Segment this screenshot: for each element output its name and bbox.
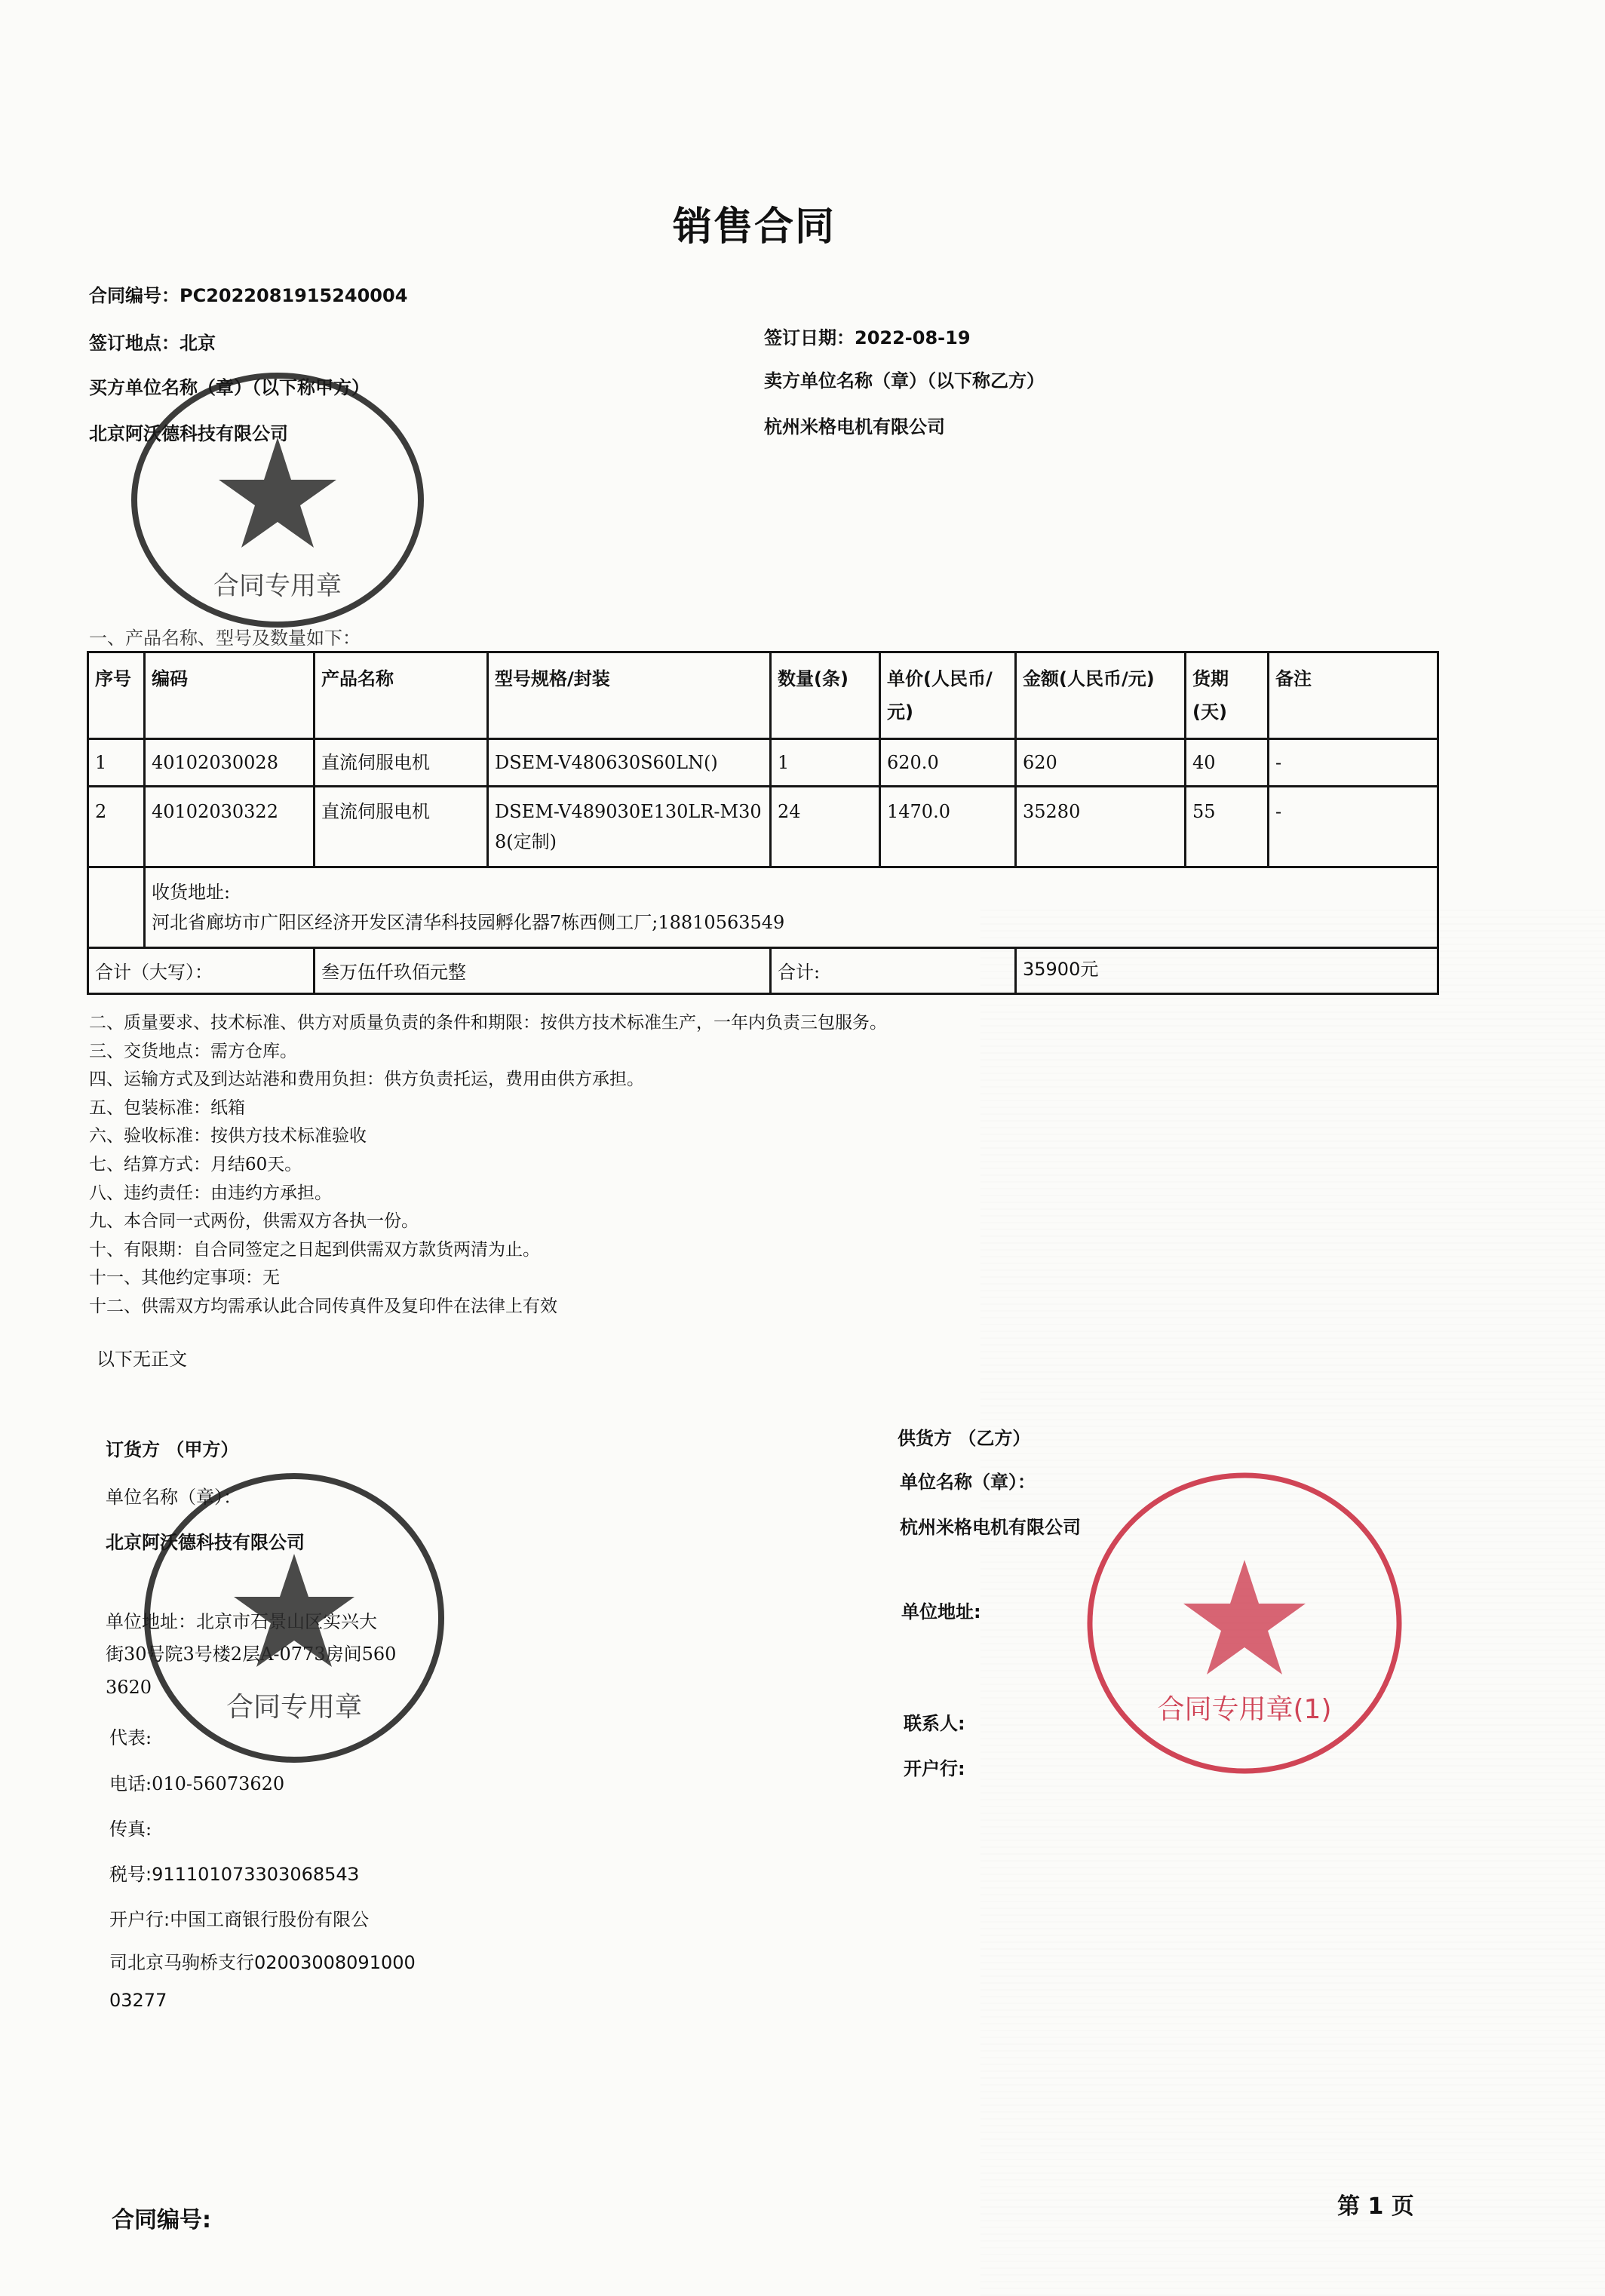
clause-8: 八、违约责任：由违约方承担。 [89,1180,887,1208]
buyer-name: 北京阿沃德科技有限公司 [89,419,288,445]
col-header-amount: 金额(人民币/元) [1016,652,1186,739]
cell-code: 40102030028 [145,739,315,787]
seller-seal-stamp: 合同专用章(1) [1082,1469,1407,1777]
cell-remark: - [1269,739,1438,787]
cell-unit-price: 1470.0 [880,787,1016,867]
buyer-bank-line2: 司北京马驹桥支行02003008091000 [109,1948,416,1974]
cell-no: 1 [88,739,145,787]
col-header-name: 产品名称 [315,652,488,739]
buyer-unit-name-label: 单位名称（章）： [106,1482,241,1509]
address-row: 收货地址: 河北省廊坊市广阳区经济开发区清华科技园孵化器7栋西侧工厂;18810… [88,867,1438,948]
buyer-phone-label: 电话: [109,1773,152,1794]
seller-unit-name-label: 单位名称（章）： [900,1467,1036,1493]
col-header-no: 序号 [88,652,145,739]
buyer-address-line1: 北京市石景山区实兴大 [196,1611,377,1632]
table-row: 2 40102030322 直流伺服电机 DSEM-V489030E130LR-… [88,787,1438,867]
address-cell: 收货地址: 河北省廊坊市广阳区经济开发区清华科技园孵化器7栋西侧工厂;18810… [145,867,1438,948]
contract-number-label: 合同编号： [89,285,180,306]
contract-number-value: PC2022081915240004 [180,285,407,306]
seller-bank-label: 开户行: [904,1754,965,1780]
section-1-heading: 一、产品名称、型号及数量如下： [89,623,361,649]
col-header-qty: 数量(条) [771,652,880,739]
buyer-bank: 开户行:中国工商银行股份有限公 [109,1905,369,1931]
col-header-unit-price: 单价(人民币/元) [880,652,1016,739]
svg-text:合同专用章: 合同专用章 [213,571,342,601]
cell-no: 2 [88,787,145,867]
address-label: 收货地址: [152,877,1431,907]
buyer-rep-label: 代表: [109,1723,152,1749]
contract-number: 合同编号：PC2022081915240004 [89,281,407,307]
total-value: 35900元 [1016,948,1438,994]
address-blank-cell [88,867,145,948]
buyer-tax-value: 91110107330306854З [152,1864,359,1885]
col-header-lead-days: 货期(天) [1186,652,1269,739]
buyer-block-heading: 订货方 （甲方） [106,1435,238,1461]
svg-text:合同专用章: 合同专用章 [226,1692,362,1723]
cell-name: 直流伺服电机 [315,739,488,787]
buyer-address: 单位地址：北京市石景山区实兴大 [106,1607,377,1633]
address-value: 河北省廊坊市广阳区经济开发区清华科技园孵化器7栋西侧工厂;18810563549 [152,907,1431,938]
clause-10: 十、有限期：自合同签定之日起到供需双方款货两清为止。 [89,1236,887,1265]
buyer-bank-line1: 中国工商银行股份有限公 [170,1909,369,1930]
col-header-code: 编码 [145,652,315,739]
sign-date: 签订日期：2022-08-19 [764,323,971,349]
total-label: 合计: [771,948,1016,994]
cell-lead-days: 55 [1186,787,1269,867]
clause-3: 三、交货地点：需方仓库。 [89,1038,887,1067]
scan-texture [980,905,1605,2296]
cell-model: DSEM-V489030E130LR-M308(定制) [488,787,771,867]
seller-contact-label: 联系人: [904,1708,965,1735]
total-row: 合计（大写）： 叁万伍仟玖佰元整 合计: 35900元 [88,948,1438,994]
seller-address-label: 单位地址: [901,1597,981,1623]
cell-unit-price: 620.0 [880,739,1016,787]
total-upper-value: 叁万伍仟玖佰元整 [315,948,771,994]
cell-remark: - [1269,787,1438,867]
seller-block-heading: 供货方 （乙方） [898,1423,1030,1450]
svg-text:合同专用章(1): 合同专用章(1) [1158,1694,1332,1725]
cell-code: 40102030322 [145,787,315,867]
buyer-seal-icon: 合同专用章 [127,368,428,632]
sign-place-label: 签订地点： [89,333,180,354]
buyer-label: 买方单位名称（章）（以下称甲方） [89,373,370,399]
clause-4: 四、运输方式及到达站港和费用负担：供方负责托运，费用由供方承担。 [89,1066,887,1094]
sign-date-value: 2022-08-19 [855,327,971,348]
buyer-bank-line3: 03277 [109,1990,167,2011]
clause-5: 五、包装标准：纸箱 [89,1094,887,1123]
cell-qty: 24 [771,787,880,867]
clause-11: 十一、其他约定事项：无 [89,1264,887,1293]
cell-lead-days: 40 [1186,739,1269,787]
cell-amount: 35280 [1016,787,1186,867]
cell-amount: 620 [1016,739,1186,787]
end-note: 以下无正文 [97,1344,187,1371]
contract-clauses: 二、质量要求、技术标准、供方对质量负责的条件和期限：按供方技术标准生产，一年内负… [89,1009,887,1321]
clause-2: 二、质量要求、技术标准、供方对质量负责的条件和期限：按供方技术标准生产，一年内负… [89,1009,887,1038]
table-row: 1 40102030028 直流伺服电机 DSEM-V480630S60LN()… [88,739,1438,787]
clause-9: 九、本合同一式两份，供需双方各执一份。 [89,1208,887,1236]
cell-name: 直流伺服电机 [315,787,488,867]
page-number: 第 1 页 [1337,2187,1414,2221]
seller-seal-icon: 合同专用章(1) [1082,1469,1407,1777]
sign-place: 签订地点：北京 [89,328,216,355]
buyer-seal-stamp-top: 合同专用章 [127,368,428,632]
buyer-tax: 税号:91110107330306854З [109,1859,359,1886]
clause-12: 十二、供需双方均需承认此合同传真件及复印件在法律上有效 [89,1293,887,1321]
footer-contract-number-label: 合同编号: [112,2201,211,2234]
seller-label: 卖方单位名称（章）（以下称乙方） [764,366,1045,392]
clause-6: 六、验收标准：按供方技术标准验收 [89,1122,887,1151]
clause-7: 七、结算方式：月结60天。 [89,1151,887,1180]
buyer-phone-value: 010-56073620 [152,1773,284,1794]
buyer-tax-label: 税号: [109,1864,152,1885]
cell-qty: 1 [771,739,880,787]
product-table: 序号 编码 产品名称 型号规格/封装 数量(条) 单价(人民币/元) 金额(人民… [87,651,1439,995]
buyer-address-line2: 街30号院3号楼2层A-0773房间560 [106,1639,396,1665]
buyer-bank-label: 开户行: [109,1909,170,1930]
buyer-address-line3: 3620 [106,1677,152,1698]
buyer-fax-label: 传真: [109,1814,152,1840]
page-title: 销售合同 [0,195,1508,251]
cell-model: DSEM-V480630S60LN() [488,739,771,787]
table-header-row: 序号 编码 产品名称 型号规格/封装 数量(条) 单价(人民币/元) 金额(人民… [88,652,1438,739]
sign-place-value: 北京 [180,333,216,354]
seller-name: 杭州米格电机有限公司 [764,412,945,438]
col-header-model: 型号规格/封装 [488,652,771,739]
buyer-phone: 电话:010-56073620 [109,1769,284,1795]
buyer-address-label: 单位地址： [106,1611,196,1632]
col-header-remark: 备注 [1269,652,1438,739]
buyer-unit-name: 北京阿沃德科技有限公司 [106,1527,305,1554]
total-upper-label: 合计（大写）： [88,948,315,994]
seller-unit-name: 杭州米格电机有限公司 [900,1512,1081,1539]
sign-date-label: 签订日期： [764,327,855,348]
